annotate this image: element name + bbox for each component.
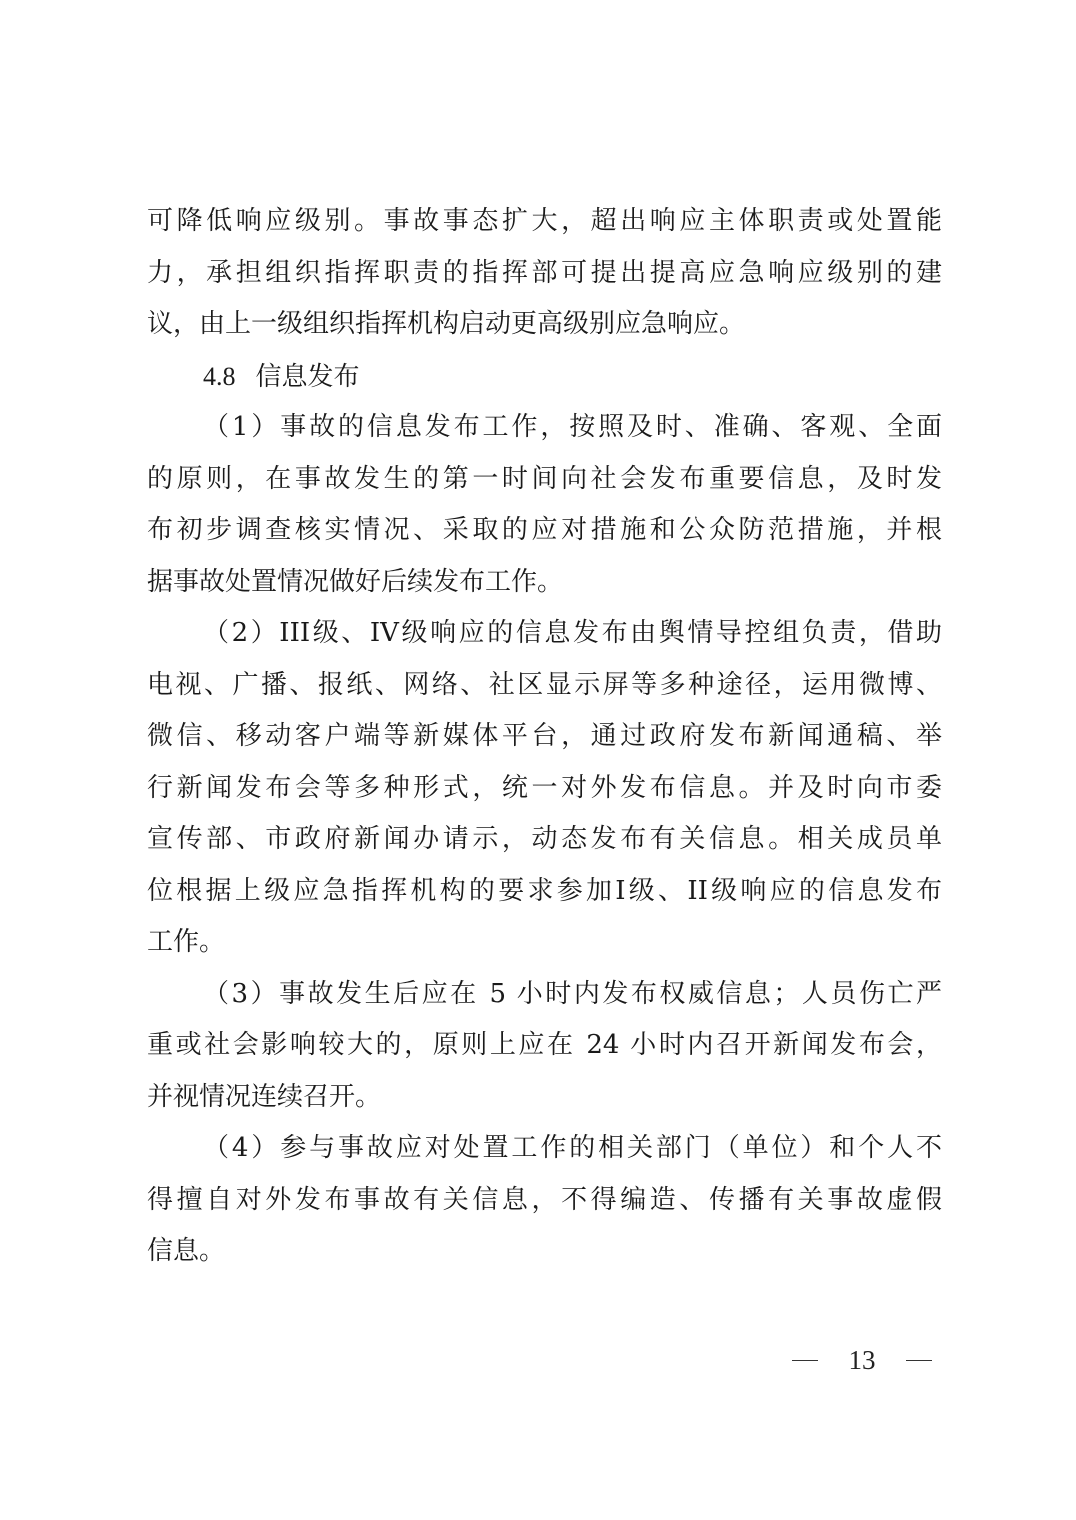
section-heading: 4.8信息发布 <box>147 351 942 403</box>
text-line: 微信、移动客户端等新媒体平台，通过政府发布新闻通稿、举 <box>147 711 942 763</box>
page-number: 13 <box>849 1345 876 1376</box>
paragraph-item-3: （3）事故发生后应在 5 小时内发布权威信息；人员伤亡严 重或社会影响较大的，原… <box>147 969 942 1124</box>
text-line: 位根据上级应急指挥机构的要求参加I级、II级响应的信息发布 <box>147 866 942 918</box>
document-body: 可降低响应级别。事故事态扩大，超出响应主体职责或处置能 力，承担组织指挥职责的指… <box>147 196 942 1278</box>
text-line: 电视、广播、报纸、网络、社区显示屏等多种途径，运用微博、 <box>147 660 942 712</box>
text-line: 可降低响应级别。事故事态扩大，超出响应主体职责或处置能 <box>147 196 942 248</box>
text-line: （2）III级、IV级响应的信息发布由舆情导控组负责，借助 <box>147 608 942 660</box>
text-line: 得擅自对外发布事故有关信息，不得编造、传播有关事故虚假 <box>147 1175 942 1227</box>
paragraph-item-4: （4）参与事故应对处置工作的相关部门（单位）和个人不 得擅自对外发布事故有关信息… <box>147 1123 942 1278</box>
paragraph-item-2: （2）III级、IV级响应的信息发布由舆情导控组负责，借助 电视、广播、报纸、网… <box>147 608 942 969</box>
text-line: 据事故处置情况做好后续发布工作。 <box>147 557 942 609</box>
text-line: 议，由上一级组织指挥机构启动更高级别应急响应。 <box>147 299 942 351</box>
dash-right-icon <box>906 1360 932 1362</box>
document-page: 可降低响应级别。事故事态扩大，超出响应主体职责或处置能 力，承担组织指挥职责的指… <box>0 0 1076 1520</box>
text-line: 宣传部、市政府新闻办请示，动态发布有关信息。相关成员单 <box>147 814 942 866</box>
text-line: （3）事故发生后应在 5 小时内发布权威信息；人员伤亡严 <box>147 969 942 1021</box>
paragraph-continuation: 可降低响应级别。事故事态扩大，超出响应主体职责或处置能 力，承担组织指挥职责的指… <box>147 196 942 351</box>
text-line: 工作。 <box>147 917 942 969</box>
section-title: 信息发布 <box>256 362 360 392</box>
page-number-footer: 13 <box>792 1345 932 1376</box>
text-line: 布初步调查核实情况、采取的应对措施和公众防范措施，并根 <box>147 505 942 557</box>
text-line: （1）事故的信息发布工作，按照及时、准确、客观、全面 <box>147 402 942 454</box>
text-line: 重或社会影响较大的，原则上应在 24 小时内召开新闻发布会， <box>147 1020 942 1072</box>
dash-left-icon <box>792 1360 818 1362</box>
text-line: 力，承担组织指挥职责的指挥部可提出提高应急响应级别的建 <box>147 248 942 300</box>
section-number: 4.8 <box>203 362 236 391</box>
text-line: 信息。 <box>147 1226 942 1278</box>
paragraph-item-1: （1）事故的信息发布工作，按照及时、准确、客观、全面 的原则，在事故发生的第一时… <box>147 402 942 608</box>
text-line: 行新闻发布会等多种形式，统一对外发布信息。并及时向市委 <box>147 763 942 815</box>
text-line: （4）参与事故应对处置工作的相关部门（单位）和个人不 <box>147 1123 942 1175</box>
text-line: 并视情况连续召开。 <box>147 1072 942 1124</box>
text-line: 的原则，在事故发生的第一时间向社会发布重要信息，及时发 <box>147 454 942 506</box>
